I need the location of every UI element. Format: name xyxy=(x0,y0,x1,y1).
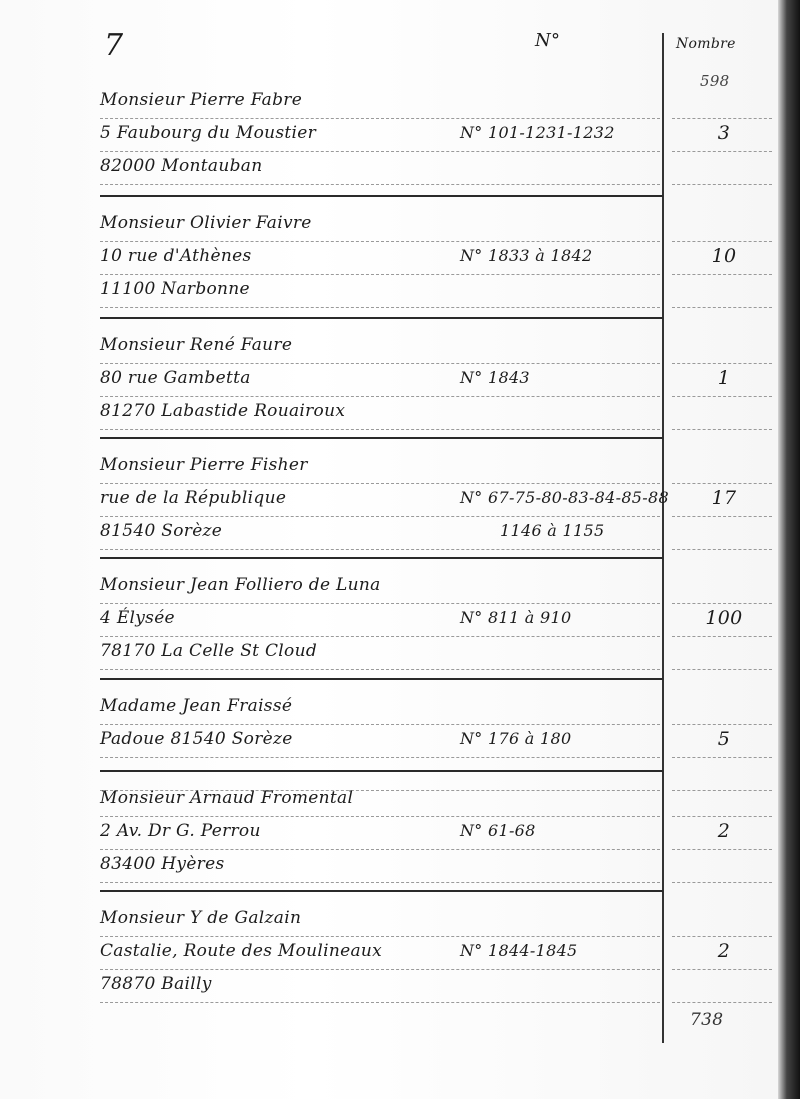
count-rule xyxy=(672,148,772,185)
entry-ticket-numbers: N° 176 à 180 xyxy=(460,721,571,757)
entry-name-text: Monsieur Arnaud Fromental xyxy=(100,788,353,808)
entry-separator xyxy=(100,678,663,680)
count-rule xyxy=(672,966,772,1003)
page-corner-mark: 7 xyxy=(104,28,123,63)
count-rule xyxy=(672,900,772,937)
count-rule xyxy=(672,688,772,725)
entry-name-text: Monsieur Olivier Faivre xyxy=(100,213,312,233)
entry-separator xyxy=(100,437,663,439)
entry-ticket-numbers: N° 1844-1845 xyxy=(460,933,578,969)
count-rule xyxy=(672,447,772,484)
entry-city: 78870 Bailly xyxy=(100,966,660,1003)
entry-city-text: 83400 Hyères xyxy=(100,854,224,874)
entry-city: 81270 Labastide Rouairoux xyxy=(100,393,660,430)
count-rule xyxy=(672,780,772,817)
count-rule xyxy=(672,846,772,883)
entry-ticket-numbers: N° 61-68 xyxy=(460,813,536,849)
column-header-number: N° xyxy=(535,30,560,51)
entry-name-text: Monsieur Jean Folliero de Luna xyxy=(100,575,381,595)
entry-separator xyxy=(100,890,663,892)
count-rule xyxy=(672,82,772,119)
count-rule xyxy=(672,513,772,550)
ledger-page: 7 N° Nombre 598 Monsieur Pierre Fabre5 F… xyxy=(0,0,780,1099)
entry-city-text: 11100 Narbonne xyxy=(100,279,250,299)
entry-name: Monsieur Pierre Fabre xyxy=(100,82,660,119)
entry-name: Monsieur Arnaud Fromental xyxy=(100,780,660,817)
entry-ticket-numbers-continued: 1146 à 1155 xyxy=(500,513,604,549)
entry-city-text: 81540 Sorèze xyxy=(100,521,222,541)
entry-city-text: 78170 La Celle St Cloud xyxy=(100,641,317,661)
column-header-count: Nombre xyxy=(676,36,736,52)
entry-name: Madame Jean Fraissé xyxy=(100,688,660,725)
entry-name: Monsieur René Faure xyxy=(100,327,660,364)
count-rule xyxy=(672,393,772,430)
entry-ticket-numbers: N° 811 à 910 xyxy=(460,600,571,636)
entry-city: 78170 La Celle St Cloud xyxy=(100,633,660,670)
entry-address: 80 rue Gambetta xyxy=(100,360,660,397)
entry-name-text: Monsieur Pierre Fabre xyxy=(100,90,302,110)
entry-address: 2 Av. Dr G. Perrou xyxy=(100,813,660,850)
entry-address: Padoue 81540 Sorèze xyxy=(100,721,660,758)
entry-ticket-numbers: N° 67-75-80-83-84-85-88 xyxy=(460,480,669,516)
entry-address-text: Padoue 81540 Sorèze xyxy=(100,729,293,749)
entry-ticket-numbers: N° 101-1231-1232 xyxy=(460,115,615,151)
entry-name: Monsieur Olivier Faivre xyxy=(100,205,660,242)
entry-ticket-numbers: N° 1833 à 1842 xyxy=(460,238,592,274)
entry-name-text: Monsieur René Faure xyxy=(100,335,292,355)
entry-address-text: 4 Élysée xyxy=(100,608,175,628)
count-rule xyxy=(672,567,772,604)
entry-address-text: 2 Av. Dr G. Perrou xyxy=(100,821,261,841)
entry-separator xyxy=(100,317,663,319)
entry-count: 1 xyxy=(704,360,744,396)
entry-name-text: Monsieur Y de Galzain xyxy=(100,908,301,928)
scan-edge-shadow xyxy=(778,0,800,1099)
entry-name-text: Madame Jean Fraissé xyxy=(100,696,292,716)
entry-separator xyxy=(100,557,663,559)
entry-city: 11100 Narbonne xyxy=(100,271,660,308)
entry-address-text: 10 rue d'Athènes xyxy=(100,246,251,266)
entry-city: 83400 Hyères xyxy=(100,846,660,883)
entry-name: Monsieur Pierre Fisher xyxy=(100,447,660,484)
entry-city: 82000 Montauban xyxy=(100,148,660,185)
entry-separator xyxy=(100,770,663,772)
entry-address-text: Castalie, Route des Moulineaux xyxy=(100,941,382,961)
count-rule xyxy=(672,271,772,308)
entry-city-text: 81270 Labastide Rouairoux xyxy=(100,401,345,421)
entry-name: Monsieur Jean Folliero de Luna xyxy=(100,567,660,604)
entry-ticket-numbers: N° 1843 xyxy=(460,360,530,396)
entry-address-text: 5 Faubourg du Moustier xyxy=(100,123,316,143)
entry-count: 100 xyxy=(704,600,744,636)
entry-separator xyxy=(100,195,663,197)
count-rule xyxy=(672,633,772,670)
count-rule xyxy=(672,205,772,242)
entry-name-text: Monsieur Pierre Fisher xyxy=(100,455,308,475)
count-rule xyxy=(672,327,772,364)
entry-count: 5 xyxy=(704,721,744,757)
entry-city-text: 82000 Montauban xyxy=(100,156,262,176)
entry-count: 2 xyxy=(704,933,744,969)
entry-address: 4 Élysée xyxy=(100,600,660,637)
entry-name: Monsieur Y de Galzain xyxy=(100,900,660,937)
entry-city-text: 78870 Bailly xyxy=(100,974,212,994)
entry-count: 2 xyxy=(704,813,744,849)
entry-count: 17 xyxy=(704,480,744,516)
entry-count: 3 xyxy=(704,115,744,151)
entry-count: 10 xyxy=(704,238,744,274)
entry-address-text: 80 rue Gambetta xyxy=(100,368,251,388)
entry-address-text: rue de la République xyxy=(100,488,286,508)
running-total-page: 738 xyxy=(690,1010,723,1030)
